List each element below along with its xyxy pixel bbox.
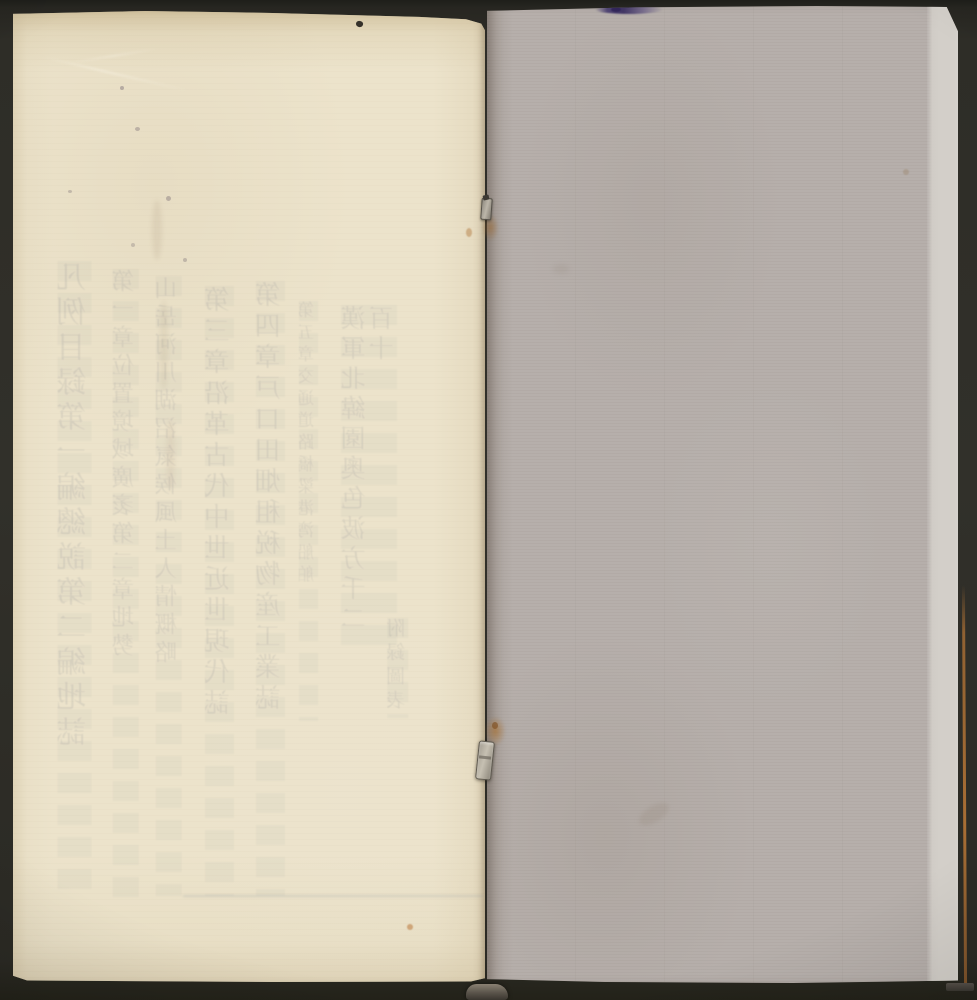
ink-speck [183, 258, 187, 262]
stain-trail [160, 300, 168, 390]
surface-smudge [553, 264, 569, 274]
bleed-column: 第五章交通道路橋梁港湾船舶 [299, 301, 318, 721]
foxing-spot [903, 169, 909, 175]
rust-stain [492, 722, 498, 729]
ink-speck [166, 196, 171, 201]
bleed-through-text-layer: 凡例目録第一編總説第二編地誌 第一章位置境域廣袤第二章地勢 山岳河川湖沼氣候風土… [13, 11, 485, 982]
bleed-column: 附録圖表 [387, 618, 408, 718]
bleed-column: 第四章戸口田畑租税物産工業誌 [256, 281, 285, 896]
purple-ink-mark [595, 5, 663, 14]
left-page: 凡例目録第一編總説第二編地誌 第一章位置境域廣袤第二章地勢 山岳河川湖沼氣候風土… [13, 11, 485, 982]
foxing-spot [466, 228, 472, 237]
ink-speck [131, 243, 135, 247]
staple [480, 198, 493, 221]
cover-board-edge [962, 585, 967, 985]
bleed-column: 第一章位置境域廣袤第二章地勢 [113, 269, 139, 899]
right-page [487, 6, 958, 983]
fore-edge-fold-strip [927, 6, 958, 983]
stain-trail [152, 200, 162, 260]
purple-ink-mark [611, 7, 621, 12]
bleed-frame-line [183, 895, 483, 897]
bleed-column: 凡例目録第一編總説第二編地誌 [58, 261, 92, 901]
surface-smudge [635, 798, 672, 830]
page-stack-edge [946, 983, 974, 991]
stain-trail [166, 420, 175, 490]
bleed-column: 漢軍北緯園奧色波方千二百十 [341, 305, 397, 650]
book-scan-bed: 凡例目録第一編總説第二編地誌 第一章位置境域廣袤第二章地勢 山岳河川湖沼氣候風土… [0, 0, 977, 1000]
ink-speck [120, 86, 124, 90]
ink-speck [135, 127, 140, 131]
bleed-column: 第三章沿革古代中世近世現代誌 [205, 286, 234, 896]
spine-edge-nub [466, 984, 508, 1000]
ink-speck [68, 190, 72, 193]
foxing-spot [407, 924, 413, 930]
